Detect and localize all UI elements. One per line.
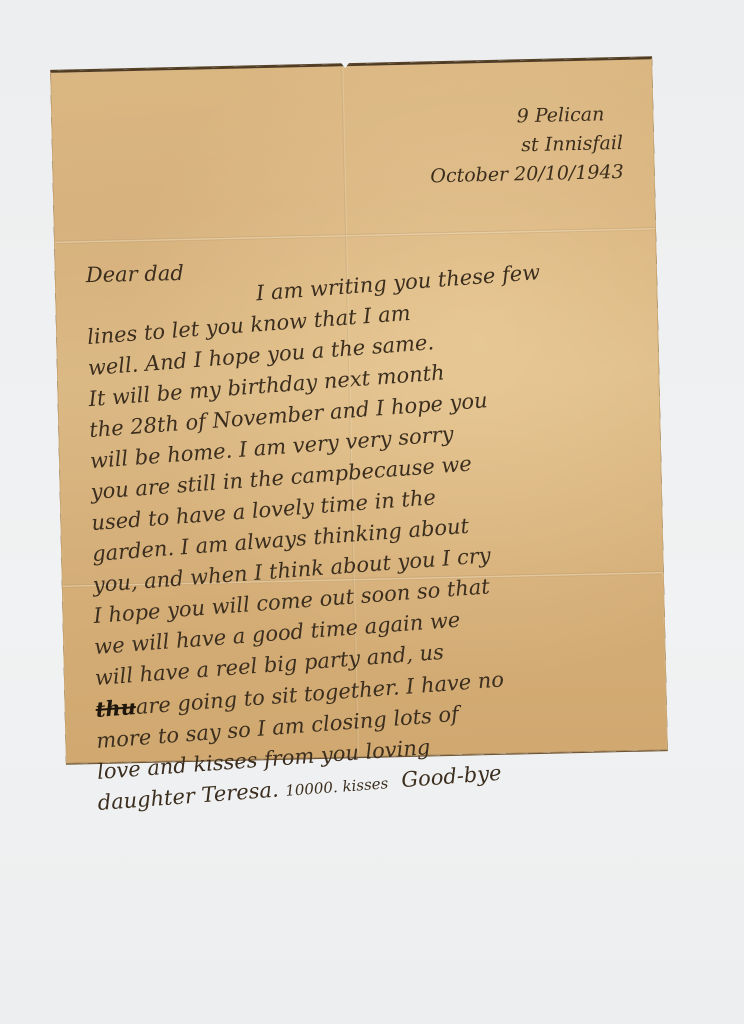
postscript-kisses: 10000. kisses: [285, 774, 389, 800]
letter-paper: 9 Pelican st Innisfail October 20/10/194…: [50, 57, 668, 763]
address-street: 9 Pelican: [429, 100, 623, 133]
letter-date: October 20/10/1943: [430, 158, 624, 191]
sender-address: 9 Pelican st Innisfail October 20/10/194…: [429, 100, 624, 191]
scanned-page: 9 Pelican st Innisfail October 20/10/194…: [0, 0, 744, 1024]
fold-line-horizontal: [55, 227, 655, 244]
closing: Good-bye: [400, 761, 502, 792]
letter-body: Dear dad I am writing you these few line…: [86, 247, 659, 821]
address-town: st Innisfail: [429, 129, 623, 162]
crossed-out-word: thu: [95, 691, 137, 725]
